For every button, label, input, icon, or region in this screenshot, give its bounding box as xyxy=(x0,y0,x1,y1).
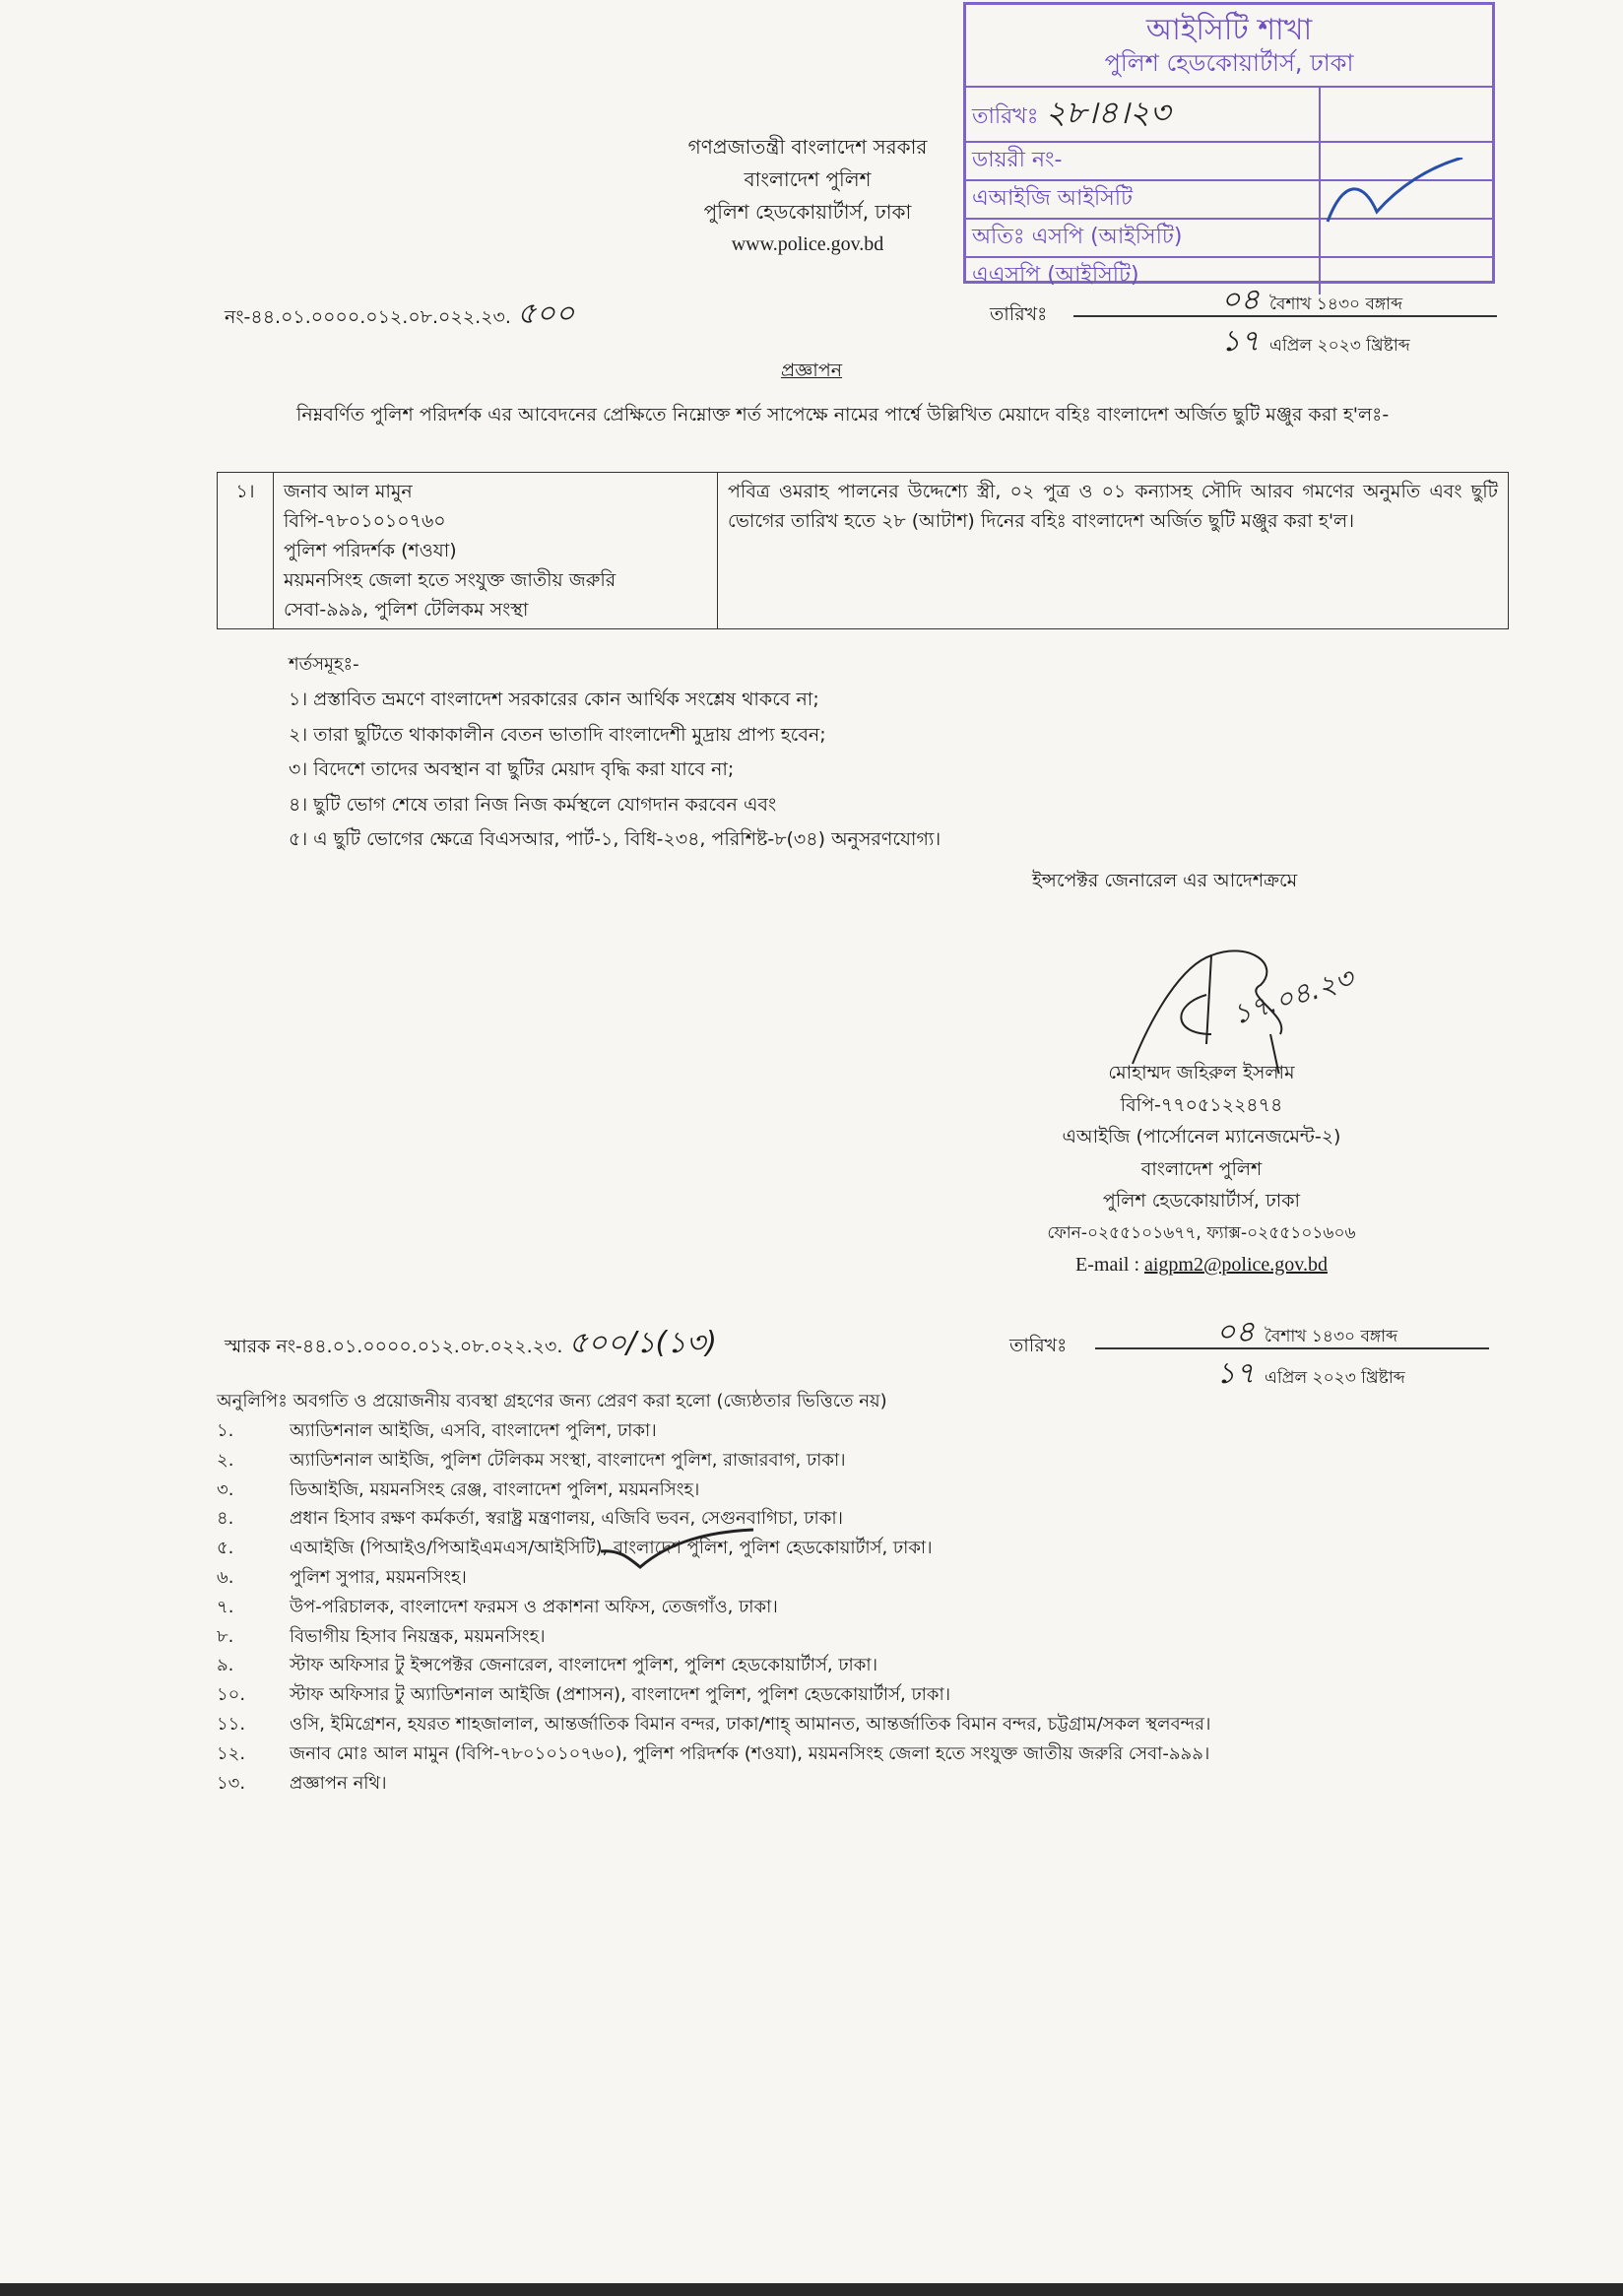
received-stamp: আইসিটি শাখা পুলিশ হেডকোয়ার্টার্স, ঢাকা … xyxy=(963,2,1495,284)
condition-item: ৫। এ ছুটি ভোগের ক্ষেত্রে বিএসআর, পার্ট-১… xyxy=(289,822,941,858)
signer-designation: এআইজি (পার্সোনেল ম্যানেজমেন্ট-২) xyxy=(985,1121,1418,1153)
scan-edge xyxy=(0,2283,1623,2296)
signer-bp: বিপি-৭৭০৫১২২৪৭৪ xyxy=(985,1089,1418,1122)
list-item: ১১.ওসি, ইমিগ্রেশন, হযরত শাহজালাল, আন্তর্… xyxy=(217,1710,1497,1739)
copy-date-label: তারিখঃ xyxy=(1009,1332,1067,1363)
email-link[interactable]: aigpm2@police.gov.bd xyxy=(1144,1254,1328,1276)
copy-date-gregorian: ১৭এপ্রিল ২০২৩ খ্রিষ্টাব্দ xyxy=(1216,1349,1405,1400)
list-item: ৭.উপ-পরিচালক, বাংলাদেশ ফরমস ও প্রকাশনা অ… xyxy=(217,1593,1497,1622)
officer-rank: পুলিশ পরিদর্শক (শওযা) xyxy=(284,536,707,565)
table-row: ১। জনাব আল মামুন বিপি-৭৮০১০১০৭৬০ পুলিশ প… xyxy=(218,473,1509,629)
stamp-row-label: তারিখঃ xyxy=(972,104,1038,129)
letterhead-website: www.police.gov.bd xyxy=(611,229,1005,261)
condition-item: ৪। ছুটি ভোগ শেষে তারা নিজ নিজ কর্মস্থলে … xyxy=(289,788,941,823)
memo-number: নং-৪৪.০১.০০০০.০১২.০৮.০২২.২৩. ৫০০ xyxy=(225,295,574,333)
list-item: ৮.বিভাগীয় হিসাব নিয়ন্ত্রক, ময়মনসিংহ। xyxy=(217,1622,1497,1652)
pen-tick-icon xyxy=(601,1522,758,1571)
list-item: ৯.স্টাফ অফিসার টু ইন্সপেক্টর জেনারেল, বা… xyxy=(217,1651,1497,1680)
letterhead-government: গণপ্রজাতন্ত্রী বাংলাদেশ সরকার xyxy=(611,131,1005,164)
checkmark-icon xyxy=(1320,158,1467,236)
notice-intro: নিম্নবর্ণিত পুলিশ পরিদর্শক এর আবেদনের প্… xyxy=(210,397,1510,432)
order-by-line: ইন্সপেক্টর জেনারেল এর আদেশক্রমে xyxy=(1032,867,1297,898)
notice-title: প্রজ্ঞাপন xyxy=(0,357,1623,388)
stamp-row-label: এআইজি আইসিটি xyxy=(966,180,1320,219)
copy-intro: অনুলিপিঃ অবগতি ও প্রয়োজনীয় ব্যবস্থা গ্… xyxy=(217,1387,887,1417)
leave-grant-table: ১। জনাব আল মামুন বিপি-৭৮০১০১০৭৬০ পুলিশ প… xyxy=(217,472,1509,629)
officer-bp: বিপি-৭৮০১০১০৭৬০ xyxy=(284,506,707,536)
list-item: ১২.জনাব মোঃ আল মামুন (বিপি-৭৮০১০১০৭৬০), … xyxy=(217,1739,1497,1769)
stamp-row-label: অতিঃ এসপি (আইসিটি) xyxy=(966,219,1320,257)
list-item: ১.অ্যাডিশনাল আইজি, এসবি, বাংলাদেশ পুলিশ,… xyxy=(217,1416,1497,1446)
copy-memo-number: স্মারক নং-৪৪.০১.০০০০.০১২.০৮.০২২.২৩. ৫০০/… xyxy=(225,1325,717,1362)
officer-cell: জনাব আল মামুন বিপি-৭৮০১০১০৭৬০ পুলিশ পরিদ… xyxy=(274,473,718,629)
officer-unit: ময়মনসিংহ জেলা হতে সংযুক্ত জাতীয় জরুরি xyxy=(284,565,707,595)
stamp-row-label: ডায়রী নং- xyxy=(966,142,1320,180)
list-item: ৩.ডিআইজি, ময়মনসিংহ রেঞ্জ, বাংলাদেশ পুলি… xyxy=(217,1476,1497,1505)
list-item: ১০.স্টাফ অফিসার টু অ্যাডিশনাল আইজি (প্রশ… xyxy=(217,1680,1497,1710)
copy-memo-handwritten: ৫০০/১(১৩) xyxy=(568,1326,716,1360)
list-item: ৪.প্রধান হিসাব রক্ষণ কর্মকর্তা, স্বরাষ্ট… xyxy=(217,1504,1497,1534)
signer-email: E-mail : aigpm2@police.gov.bd xyxy=(985,1249,1418,1281)
document-page: আইসিটি শাখা পুলিশ হেডকোয়ার্টার্স, ঢাকা … xyxy=(0,0,1623,2283)
list-item: ২.অ্যাডিশনাল আইজি, পুলিশ টেলিকম সংস্থা, … xyxy=(217,1446,1497,1476)
stamp-subtitle: পুলিশ হেডকোয়ার্টার্স, ঢাকা xyxy=(966,48,1492,78)
condition-item: ৩। বিদেশে তাদের অবস্থান বা ছুটির মেয়াদ … xyxy=(289,753,941,788)
copy-recipients-list: ১.অ্যাডিশনাল আইজি, এসবি, বাংলাদেশ পুলিশ,… xyxy=(217,1416,1497,1798)
list-item: ১৩.প্রজ্ঞাপন নথি। xyxy=(217,1769,1497,1799)
conditions-heading: শর্তসমূহঃ- xyxy=(289,650,359,681)
signer-office: পুলিশ হেডকোয়ার্টার্স, ঢাকা xyxy=(985,1185,1418,1217)
letterhead: গণপ্রজাতন্ত্রী বাংলাদেশ সরকার বাংলাদেশ প… xyxy=(611,131,1005,261)
condition-item: ২। তারা ছুটিতে থাকাকালীন বেতন ভাতাদি বাং… xyxy=(289,718,941,754)
letterhead-org: বাংলাদেশ পুলিশ xyxy=(611,164,1005,196)
signer-contact: ফোন-০২৫৫১০১৬৭৭, ফ্যাক্স-০২৫৫১০১৬০৬ xyxy=(985,1217,1418,1250)
officer-unit-cont: সেবা-৯৯৯, পুলিশ টেলিকম সংস্থা xyxy=(284,595,707,624)
leave-detail-cell: পবিত্র ওমরাহ পালনের উদ্দেশ্যে স্ত্রী, ০২… xyxy=(718,473,1509,629)
conditions-list: ১। প্রস্তাবিত ভ্রমণে বাংলাদেশ সরকারের কো… xyxy=(289,683,941,858)
memo-date-label: তারিখঃ xyxy=(990,300,1047,332)
list-item: ৬.পুলিশ সুপার, ময়মনসিংহ। xyxy=(217,1563,1497,1593)
signer-name: মোহাম্মদ জহিরুল ইসলাম xyxy=(985,1057,1418,1089)
list-item: ৫.এআইজি (পিআইও/পিআইএমএস/আইসিটি), বাংলাদে… xyxy=(217,1534,1497,1563)
stamp-row: তারিখঃ ২৮।৪।২৩ xyxy=(966,87,1492,142)
stamp-received-date: ২৮।৪।২৩ xyxy=(1045,94,1170,131)
serial-cell: ১। xyxy=(218,473,274,629)
memo-number-handwritten: ৫০০ xyxy=(517,296,574,331)
officer-name: জনাব আল মামুন xyxy=(284,477,707,506)
stamp-title: আইসিটি শাখা xyxy=(966,13,1492,48)
condition-item: ১। প্রস্তাবিত ভ্রমণে বাংলাদেশ সরকারের কো… xyxy=(289,683,941,718)
letterhead-office: পুলিশ হেডকোয়ার্টার্স, ঢাকা xyxy=(611,196,1005,229)
signature-block: মোহাম্মদ জহিরুল ইসলাম বিপি-৭৭০৫১২২৪৭৪ এআ… xyxy=(985,1057,1418,1281)
signer-org: বাংলাদেশ পুলিশ xyxy=(985,1153,1418,1186)
